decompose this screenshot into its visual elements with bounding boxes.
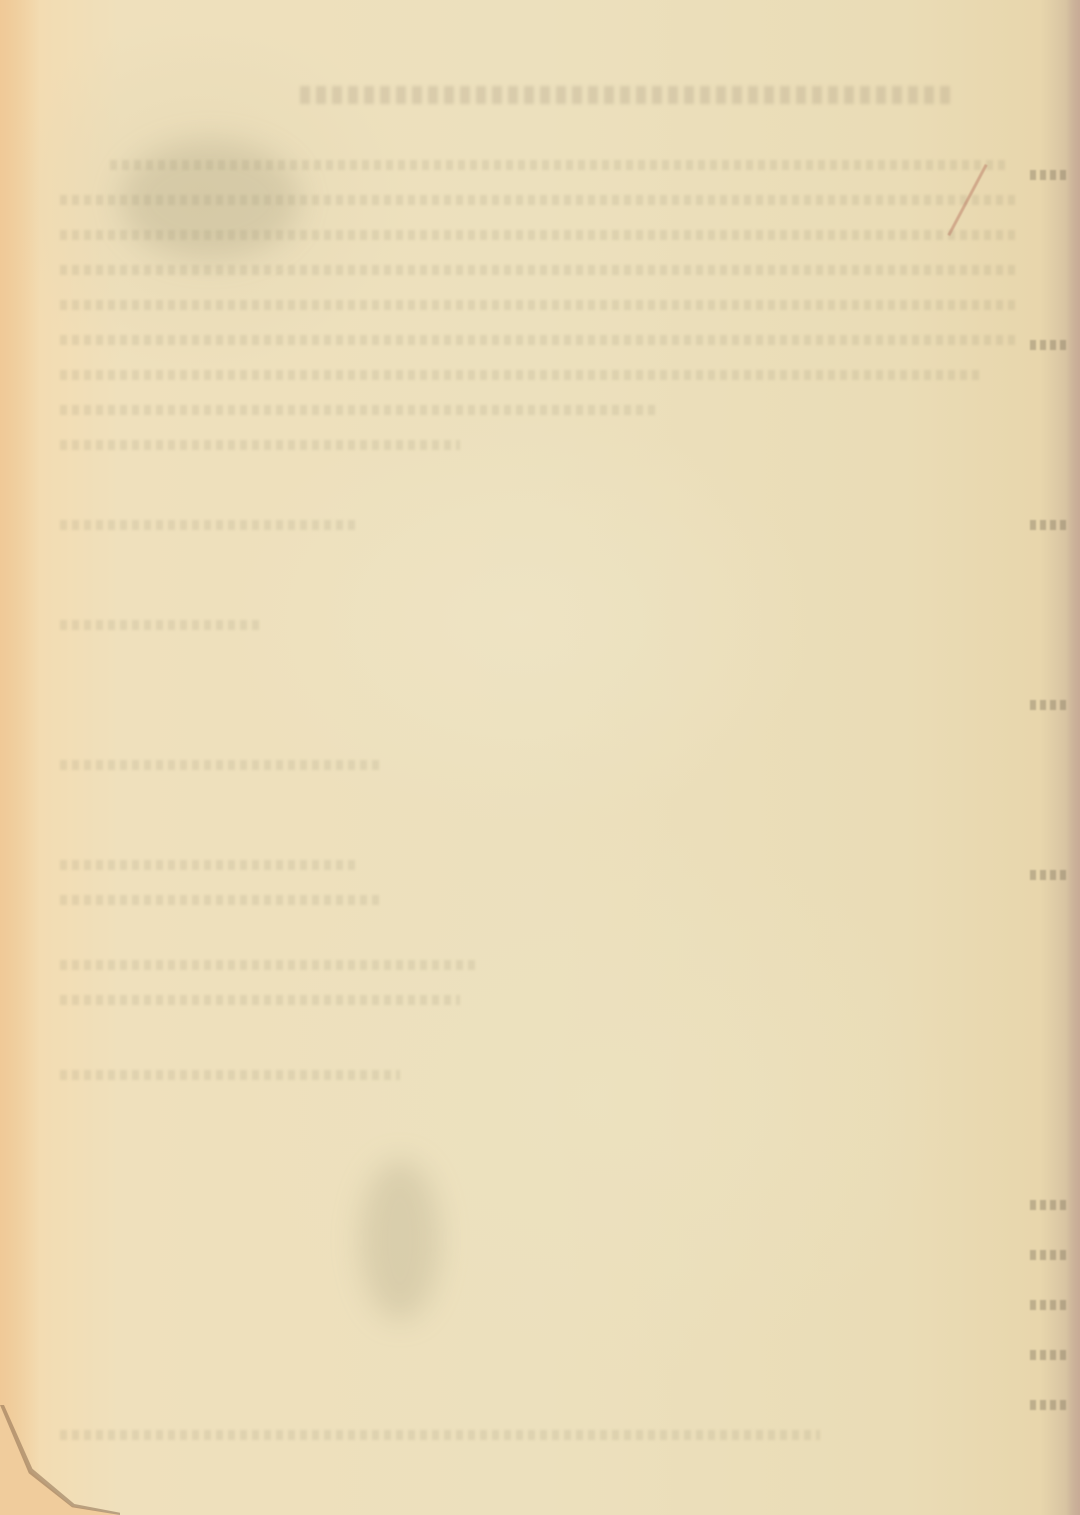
bleed-through-fragment [1030,1250,1070,1260]
bleed-through-line [110,160,1010,170]
bleed-through-heading [300,86,950,104]
bleed-through-line [60,230,1020,240]
bleed-through-fragment [1030,1300,1070,1310]
bleed-through-line [60,1070,400,1080]
bleed-through-line [60,860,360,870]
bleed-through-line [60,995,460,1005]
bleed-through-line [60,1430,820,1440]
page-left-edge-discoloration [0,0,40,1515]
bleed-through-line [60,265,1020,275]
scanned-page [0,0,1080,1515]
bleed-through-line [60,300,1020,310]
bleed-through-line [60,440,460,450]
stain [360,1160,440,1320]
bleed-through-fragment [1030,340,1070,350]
bleed-through-line [60,195,1020,205]
bleed-through-line [60,335,1020,345]
bleed-through-line [60,760,380,770]
bleed-through-fragment [1030,1350,1070,1360]
bleed-through-line [60,895,380,905]
bleed-through-line [60,960,480,970]
page-right-edge-shadow [1066,0,1080,1515]
bleed-through-line [60,620,260,630]
bleed-through-fragment [1030,1200,1070,1210]
bleed-through-fragment [1030,520,1070,530]
bleed-through-line [60,370,980,380]
bleed-through-fragment [1030,170,1070,180]
bleed-through-line [60,405,660,415]
bleed-through-fragment [1030,1400,1070,1410]
bleed-through-fragment [1030,870,1070,880]
bleed-through-line [60,520,360,530]
bleed-through-fragment [1030,700,1070,710]
